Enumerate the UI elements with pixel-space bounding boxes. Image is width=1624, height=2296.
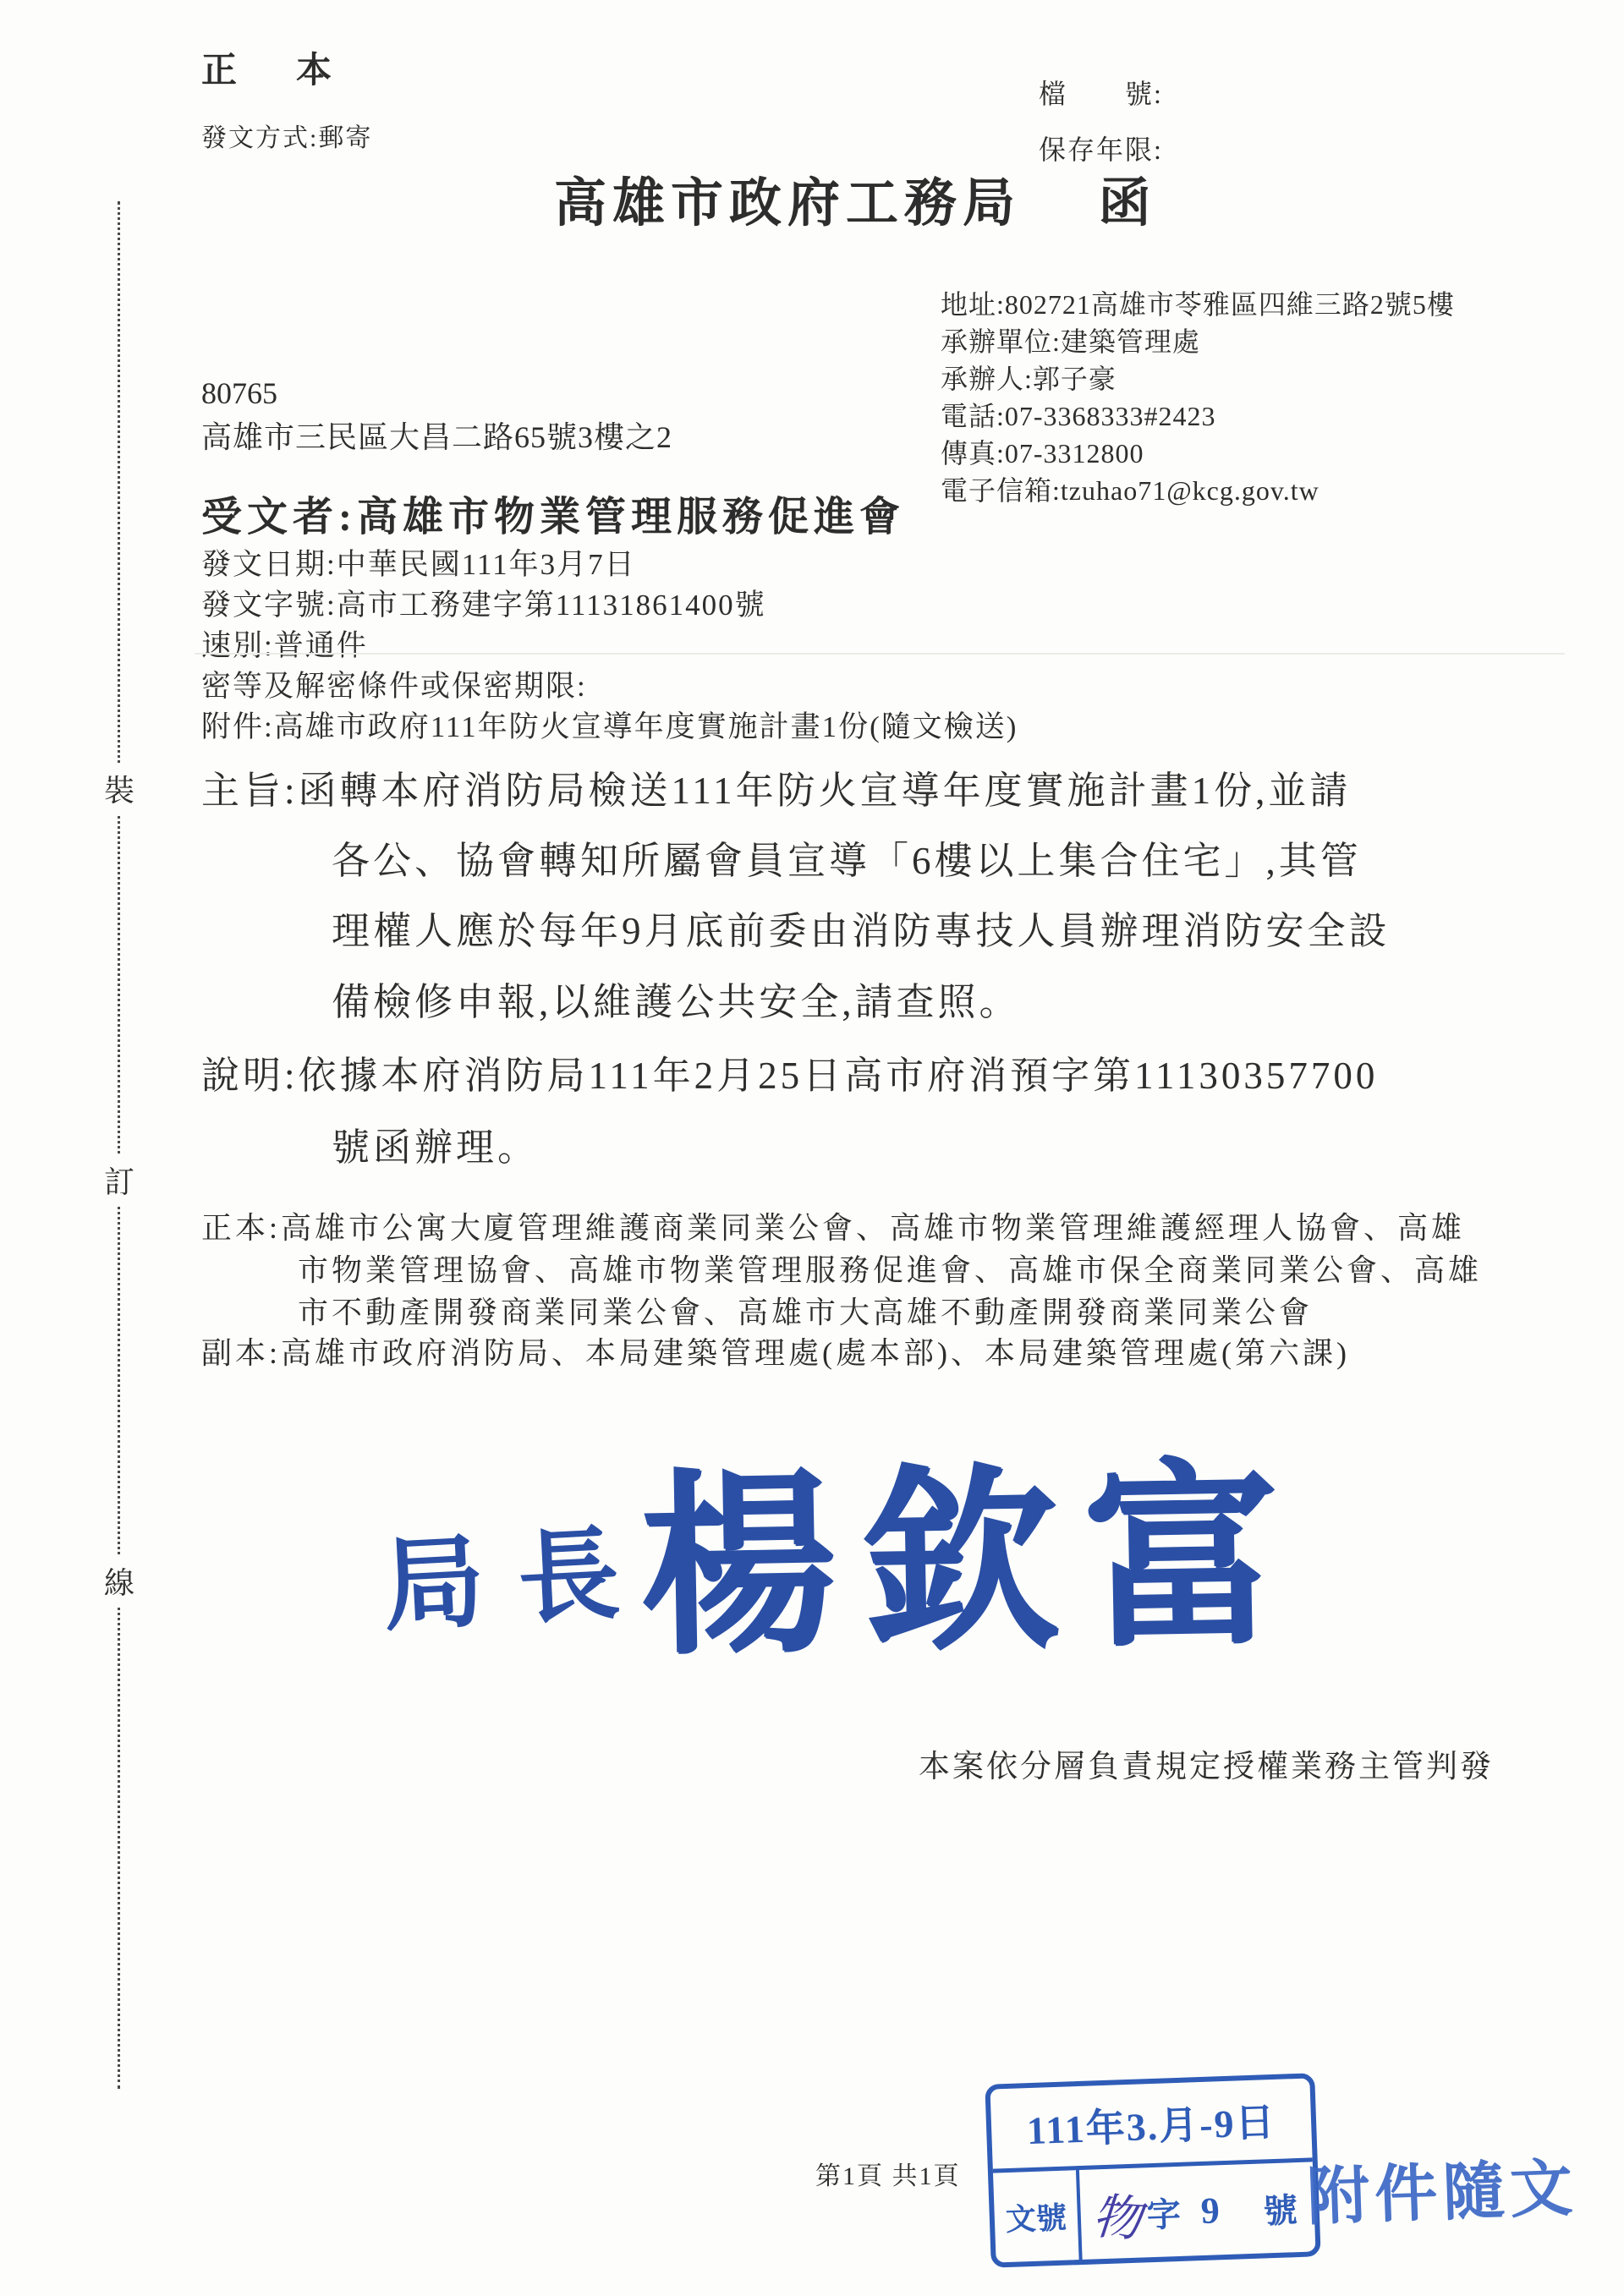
stamp-handwritten-char: 物: [1090, 2177, 1144, 2251]
binding-dotted-line: [118, 201, 120, 2089]
subject-line: 各公、協會轉知所屬會員宣導「6樓以上集合住宅」,其管: [332, 830, 1362, 885]
attachment-line: 附件:高雄市政府111年防火宣導年度實施計畫1份(隨文檢送): [201, 707, 1018, 748]
sender-contact-block: 地址:802721高雄市苓雅區四維三路2號5樓 承辦單位:建築管理處 承辦人:郭…: [941, 286, 1455, 509]
cc-copy-list: 副本:高雄市政府消防局、本局建築管理處(處本部)、本局建築管理處(第六課): [201, 1329, 1350, 1373]
security-class: 密等及解密條件或保密期限:: [201, 666, 1018, 707]
contact-email: 電子信箱:tzuhao71@kcg.gov.tw: [941, 472, 1455, 509]
recipient-zip: 80765: [201, 375, 277, 411]
authorization-note: 本案依分層負責規定授權業務主管判發: [919, 1740, 1494, 1786]
binding-mark-zhuang: 裝: [102, 764, 136, 814]
recipient-address: 高雄市三民區大昌二路65號3樓之2: [201, 414, 672, 457]
stamp-number: 9: [1200, 2189, 1221, 2233]
contact-unit: 承辦單位:建築管理處: [941, 323, 1455, 360]
file-number-label: 檔 號:: [1039, 73, 1163, 112]
original-copy-list: 市物業管理協會、高雄市物業管理服務促進會、高雄市保全商業同業公會、高雄: [298, 1247, 1482, 1290]
issue-date: 發文日期:中華民國111年3月7日: [201, 545, 1018, 585]
explanation-line: 說明:依據本府消防局111年2月25日高市府消預字第11130357700: [201, 1044, 1378, 1099]
contact-address: 地址:802721高雄市苓雅區四維三路2號5樓: [941, 286, 1455, 323]
original-copy-list: 市不動產開發商業同業公會、高雄市大高雄不動產開發商業同業公會: [298, 1289, 1313, 1332]
stamp-unit-char: 號: [1263, 2184, 1298, 2233]
delivery-method: 發文方式:郵寄: [201, 117, 372, 154]
subject-line: 備檢修申報,以維護公共安全,請查照。: [332, 971, 1021, 1026]
stamp-docno-label: 文號: [993, 2170, 1083, 2262]
stamp-suffix-char: 字: [1146, 2187, 1182, 2236]
attachment-follows-stamp: 附件隨文: [1305, 2138, 1579, 2237]
binding-mark-ding: 訂: [102, 1155, 136, 1205]
document-meta-block: 發文日期:中華民國111年3月7日 發文字號:高市工務建字第1113186140…: [201, 545, 1018, 748]
received-date-stamp: 111年3.月-9日 文號 物 字 9 號: [985, 2073, 1320, 2267]
stamp-docno-row: 文號 物 字 9 號: [993, 2162, 1315, 2262]
copy-type-label: 正 本: [201, 42, 343, 93]
contact-phone: 電話:07-3368333#2423: [941, 397, 1455, 435]
original-copy-list: 正本:高雄市公寓大廈管理維護商業同業公會、高雄市物業管理維護經理人協會、高雄: [201, 1204, 1465, 1247]
signer-title: 局長: [379, 1492, 657, 1652]
binding-mark-xian: 線: [102, 1556, 136, 1606]
scanned-official-letter: 正 本 發文方式:郵寄 檔 號: 保存年限: 高雄市政府工務局 函 地址:802…: [0, 0, 1624, 2296]
explanation-line: 號函辦理。: [332, 1116, 539, 1171]
contact-fax: 傳真:07-3312800: [941, 435, 1455, 472]
speed-class: 速別:普通件: [201, 626, 1018, 666]
scan-artifact-line: [195, 653, 1565, 655]
contact-person: 承辦人:郭子豪: [941, 360, 1455, 397]
issue-number: 發文字號:高市工務建字第11131861400號: [201, 585, 1018, 626]
subject-line: 主旨:函轉本府消防局檢送111年防火宣導年度實施計畫1份,並請: [201, 759, 1351, 814]
stamp-docno-value: 物 字 9 號: [1079, 2162, 1316, 2260]
document-title: 高雄市政府工務局 函: [554, 161, 1157, 236]
subject-line: 理權人應於每年9月底前委由消防專技人員辦理消防安全設: [332, 900, 1391, 955]
signer-name-signature: 楊欽富: [637, 1398, 1307, 1691]
recipient-name: 受文者:高雄市物業管理服務促進會: [201, 484, 905, 542]
stamp-date: 111年3.月-9日: [990, 2078, 1313, 2173]
page-number: 第1頁 共1頁: [815, 2155, 961, 2192]
